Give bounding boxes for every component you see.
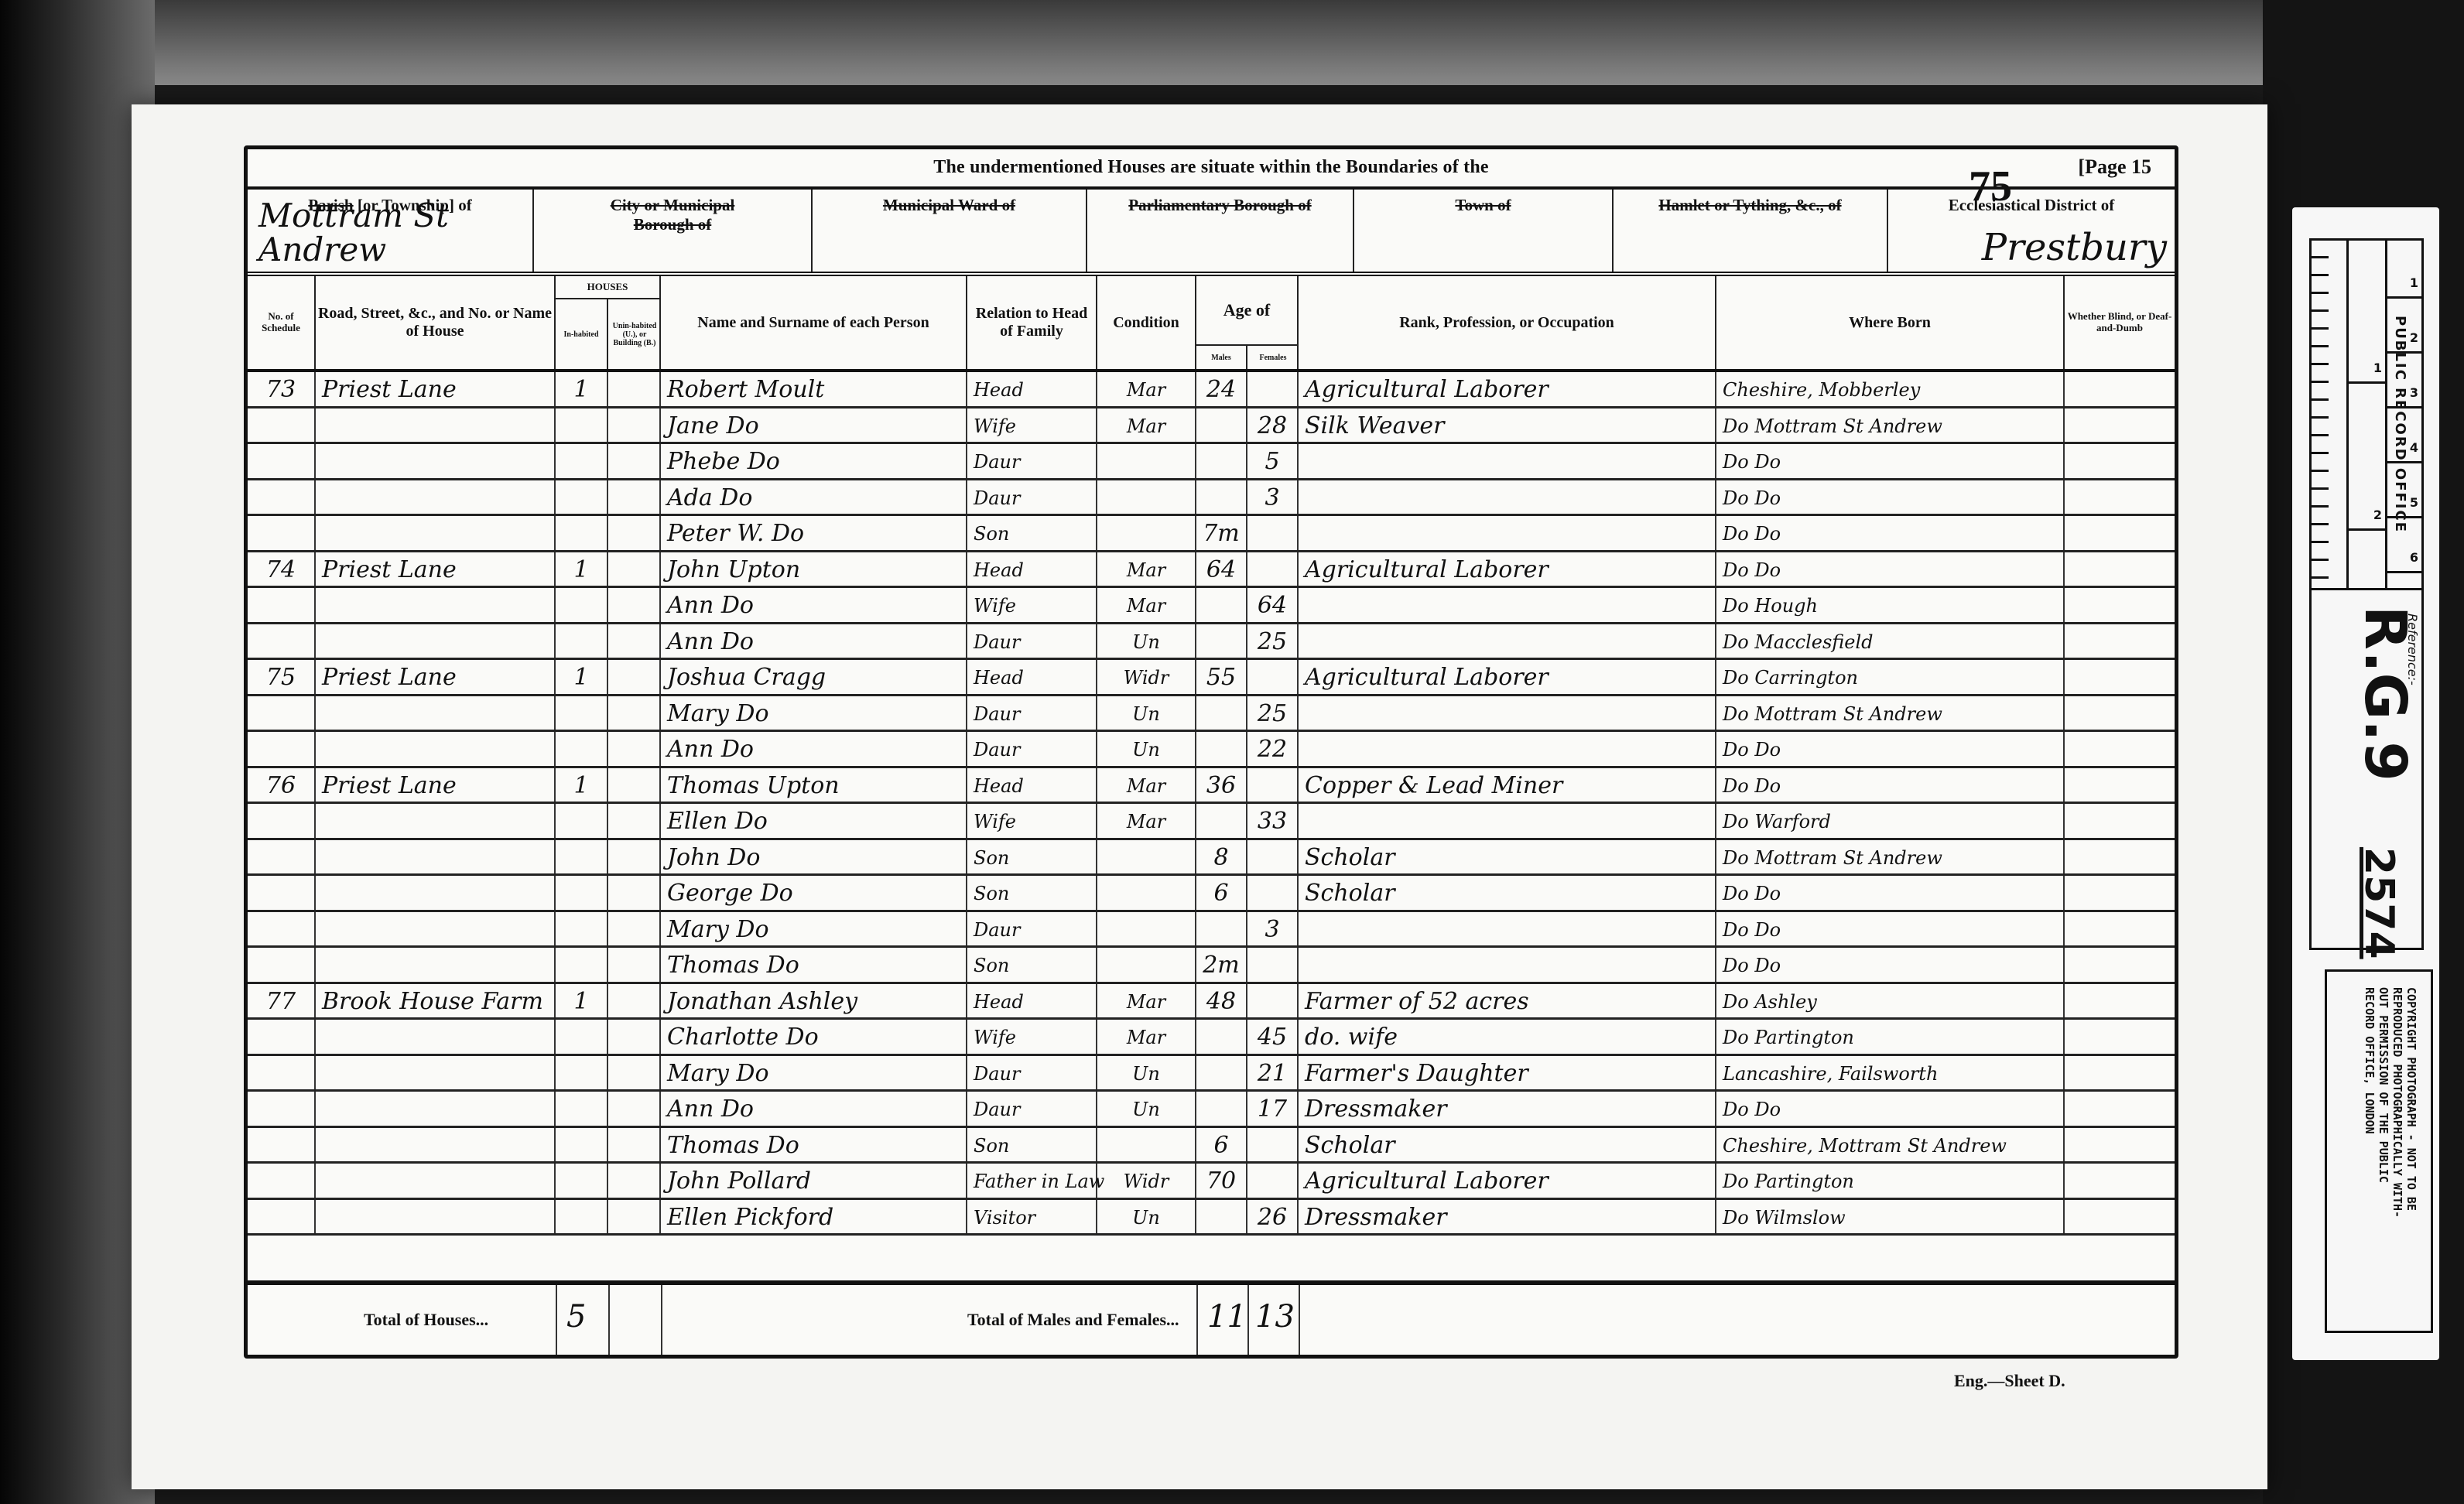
cell-u xyxy=(608,588,661,622)
cell-b xyxy=(2065,660,2175,694)
col-relation: Relation to Head of Family xyxy=(967,276,1097,369)
cell-road xyxy=(316,1164,556,1198)
col-inhabited: In-habited xyxy=(556,299,608,369)
col-blind-deaf: Whether Blind, or Deaf-and-Dumb xyxy=(2065,276,2175,369)
cell-born: Do Do xyxy=(1716,876,2065,910)
cell-born: Do Mottram St Andrew xyxy=(1716,408,2065,443)
cell-schedule xyxy=(248,696,316,730)
reference-label: Reference:- xyxy=(2405,614,2420,685)
cell-road xyxy=(316,840,556,874)
cell-road xyxy=(316,444,556,478)
cell-inhabited xyxy=(556,876,608,910)
district-ward: Municipal Ward of xyxy=(813,190,1087,272)
cell-occupation: Scholar xyxy=(1299,876,1716,910)
census-row: 73Priest Lane1Robert MoultHeadMar24Agric… xyxy=(248,372,2175,408)
cell-inhabited: 1 xyxy=(556,372,608,406)
cell-road xyxy=(316,588,556,622)
cell-maleage: 70 xyxy=(1196,1164,1247,1198)
cell-inhabited xyxy=(556,516,608,550)
cell-relation: Son xyxy=(967,1128,1097,1162)
cell-condition: Mar xyxy=(1097,552,1196,586)
cell-b xyxy=(2065,480,2175,514)
district-parish: Parish [or Township] of Mottram St Andre… xyxy=(248,190,534,272)
cell-condition xyxy=(1097,876,1196,910)
col-age: Age of Males Females xyxy=(1196,276,1299,369)
cell-schedule xyxy=(248,1056,316,1090)
cell-schedule xyxy=(248,840,316,874)
ruler-cm-label: 6 xyxy=(2387,550,2421,573)
cell-occupation: Agricultural Laborer xyxy=(1299,1164,1716,1198)
total-houses-value: 5 xyxy=(566,1299,586,1335)
district-ecclesiastical: Ecclesiastical District of Prestbury xyxy=(1888,190,2175,272)
cell-inhabited xyxy=(556,444,608,478)
district-hamlet: Hamlet or Tything, &c., of xyxy=(1614,190,1888,272)
col-males: Males xyxy=(1196,346,1247,369)
cell-born: Do Carrington xyxy=(1716,660,2065,694)
cell-road: Priest Lane xyxy=(316,768,556,802)
cell-schedule xyxy=(248,444,316,478)
cell-occupation: do. wife xyxy=(1299,1020,1716,1054)
cell-schedule: 76 xyxy=(248,768,316,802)
cell-u xyxy=(608,552,661,586)
ecclesiastical-value: Prestbury xyxy=(1982,228,2167,267)
cell-femaleage: 5 xyxy=(1247,444,1299,478)
cell-maleage xyxy=(1196,1200,1247,1234)
cell-name: Ann Do xyxy=(661,732,967,766)
cell-u xyxy=(608,696,661,730)
cell-maleage: 6 xyxy=(1196,1128,1247,1162)
cell-u xyxy=(608,804,661,838)
cell-maleage: 2m xyxy=(1196,948,1247,982)
cell-b xyxy=(2065,804,2175,838)
cell-u xyxy=(608,876,661,910)
cell-relation: Wife xyxy=(967,588,1097,622)
cell-road: Priest Lane xyxy=(316,660,556,694)
cell-born: Do Do xyxy=(1716,516,2065,550)
cell-name: Ellen Pickford xyxy=(661,1200,967,1234)
cell-occupation xyxy=(1299,912,1716,946)
cell-road xyxy=(316,1200,556,1234)
cell-maleage xyxy=(1196,1056,1247,1090)
cell-maleage xyxy=(1196,408,1247,443)
cell-femaleage: 45 xyxy=(1247,1020,1299,1054)
cell-born: Do Do xyxy=(1716,480,2065,514)
form-banner-text: The undermentioned Houses are situate wi… xyxy=(248,157,2175,178)
cell-born: Do Mottram St Andrew xyxy=(1716,696,2065,730)
cell-schedule xyxy=(248,624,316,658)
cell-born: Do Ashley xyxy=(1716,984,2065,1018)
cell-inhabited xyxy=(556,1020,608,1054)
cell-femaleage: 17 xyxy=(1247,1092,1299,1126)
cell-born: Do Do xyxy=(1716,552,2065,586)
cell-maleage: 48 xyxy=(1196,984,1247,1018)
cell-b xyxy=(2065,768,2175,802)
district-parliamentary: Parliamentary Borough of xyxy=(1087,190,1354,272)
cell-u xyxy=(608,1020,661,1054)
cell-femaleage xyxy=(1247,660,1299,694)
cell-inhabited xyxy=(556,1092,608,1126)
public-record-office-strip: 12 123456 PUBLIC RECORD OFFICE R.G.9 257… xyxy=(2292,207,2439,1360)
col-houses: HOUSES In-habited Unin-habited (U.), or … xyxy=(556,276,661,369)
cell-schedule xyxy=(248,588,316,622)
cell-relation: Daur xyxy=(967,1092,1097,1126)
cell-schedule: 75 xyxy=(248,660,316,694)
col-where-born: Where Born xyxy=(1716,276,2065,369)
cell-schedule xyxy=(248,732,316,766)
cell-femaleage xyxy=(1247,552,1299,586)
cell-condition xyxy=(1097,480,1196,514)
parish-value: Mottram St Andrew xyxy=(258,199,522,267)
cell-occupation xyxy=(1299,624,1716,658)
cell-road xyxy=(316,696,556,730)
cell-schedule xyxy=(248,1020,316,1054)
cell-maleage xyxy=(1196,480,1247,514)
cell-condition: Un xyxy=(1097,1056,1196,1090)
cell-schedule xyxy=(248,516,316,550)
cell-name: Jonathan Ashley xyxy=(661,984,967,1018)
ruler-inch-label: 1 xyxy=(2349,361,2385,384)
cell-inhabited xyxy=(556,1056,608,1090)
cell-occupation xyxy=(1299,588,1716,622)
cell-condition: Un xyxy=(1097,732,1196,766)
cell-b xyxy=(2065,984,2175,1018)
cell-born: Do Macclesfield xyxy=(1716,624,2065,658)
cell-road xyxy=(316,1056,556,1090)
cell-relation: Wife xyxy=(967,1020,1097,1054)
cell-condition xyxy=(1097,516,1196,550)
cell-femaleage: 3 xyxy=(1247,912,1299,946)
cell-femaleage xyxy=(1247,516,1299,550)
cell-occupation: Agricultural Laborer xyxy=(1299,372,1716,406)
ruler-inch-label: 2 xyxy=(2349,508,2385,531)
cell-name: Ada Do xyxy=(661,480,967,514)
cell-condition xyxy=(1097,840,1196,874)
col-occupation: Rank, Profession, or Occupation xyxy=(1299,276,1716,369)
cell-road: Priest Lane xyxy=(316,552,556,586)
district-town: Town of xyxy=(1354,190,1614,272)
col-condition: Condition xyxy=(1097,276,1196,369)
col-road: Road, Street, &c., and No. or Name of Ho… xyxy=(316,276,556,369)
cell-name: John Do xyxy=(661,840,967,874)
cell-condition: Mar xyxy=(1097,804,1196,838)
cell-born: Cheshire, Mobberley xyxy=(1716,372,2065,406)
cell-schedule: 74 xyxy=(248,552,316,586)
cell-inhabited xyxy=(556,480,608,514)
cell-born: Do Do xyxy=(1716,732,2065,766)
cell-road: Priest Lane xyxy=(316,372,556,406)
col-schedule: No. of Schedule xyxy=(248,276,316,369)
cell-born: Do Warford xyxy=(1716,804,2065,838)
cell-road xyxy=(316,516,556,550)
cell-schedule: 73 xyxy=(248,372,316,406)
cell-inhabited xyxy=(556,912,608,946)
cell-schedule xyxy=(248,876,316,910)
cell-schedule: 77 xyxy=(248,984,316,1018)
cell-femaleage xyxy=(1247,840,1299,874)
cell-inhabited xyxy=(556,1200,608,1234)
cell-femaleage xyxy=(1247,1164,1299,1198)
cell-schedule xyxy=(248,1092,316,1126)
cell-name: John Upton xyxy=(661,552,967,586)
cell-condition: Mar xyxy=(1097,588,1196,622)
cell-maleage xyxy=(1196,1020,1247,1054)
cell-femaleage: 33 xyxy=(1247,804,1299,838)
cell-b xyxy=(2065,1020,2175,1054)
cell-occupation: Farmer's Daughter xyxy=(1299,1056,1716,1090)
cell-femaleage xyxy=(1247,876,1299,910)
cell-condition: Un xyxy=(1097,624,1196,658)
cell-condition: Mar xyxy=(1097,372,1196,406)
cell-b xyxy=(2065,1128,2175,1162)
cell-u xyxy=(608,480,661,514)
cell-b xyxy=(2065,696,2175,730)
cell-u xyxy=(608,408,661,443)
census-row: Ellen DoWifeMar33Do Warford xyxy=(248,804,2175,840)
cell-femaleage: 21 xyxy=(1247,1056,1299,1090)
cell-born: Do Do xyxy=(1716,444,2065,478)
cell-road xyxy=(316,876,556,910)
cell-maleage xyxy=(1196,1092,1247,1126)
cell-relation: Son xyxy=(967,840,1097,874)
ruler-cm-label: 1 xyxy=(2387,275,2421,299)
cell-maleage: 55 xyxy=(1196,660,1247,694)
cell-femaleage xyxy=(1247,948,1299,982)
cell-inhabited xyxy=(556,804,608,838)
cell-road xyxy=(316,624,556,658)
cell-relation: Visitor xyxy=(967,1200,1097,1234)
census-row: Ann DoDaurUn22Do Do xyxy=(248,732,2175,768)
census-row: Phebe DoDaur5Do Do xyxy=(248,444,2175,480)
totals-row: Total of Houses... 5 Total of Males and … xyxy=(248,1280,2175,1355)
cell-condition: Un xyxy=(1097,696,1196,730)
cell-road xyxy=(316,948,556,982)
cell-relation: Head xyxy=(967,552,1097,586)
cell-condition: Mar xyxy=(1097,984,1196,1018)
census-row: Ada DoDaur3Do Do xyxy=(248,480,2175,517)
reference-box: R.G.9 2574 Reference:- xyxy=(2309,590,2424,950)
cell-born: Do Do xyxy=(1716,768,2065,802)
cell-occupation: Scholar xyxy=(1299,840,1716,874)
cell-occupation xyxy=(1299,732,1716,766)
cell-inhabited xyxy=(556,588,608,622)
cell-u xyxy=(608,912,661,946)
cell-b xyxy=(2065,1092,2175,1126)
cell-name: George Do xyxy=(661,876,967,910)
cell-road xyxy=(316,912,556,946)
cell-relation: Daur xyxy=(967,1056,1097,1090)
cell-u xyxy=(608,660,661,694)
page-number: [Page 15 xyxy=(2078,156,2151,179)
cell-u xyxy=(608,768,661,802)
cell-maleage: 64 xyxy=(1196,552,1247,586)
cell-inhabited xyxy=(556,732,608,766)
cell-inhabited xyxy=(556,948,608,982)
census-row: 75Priest Lane1Joshua CraggHeadWidr55Agri… xyxy=(248,660,2175,696)
cell-occupation xyxy=(1299,804,1716,838)
cell-maleage xyxy=(1196,696,1247,730)
cell-name: Ellen Do xyxy=(661,804,967,838)
cell-u xyxy=(608,1164,661,1198)
cell-b xyxy=(2065,1200,2175,1234)
cell-b xyxy=(2065,1164,2175,1198)
cell-name: Mary Do xyxy=(661,1056,967,1090)
cell-condition xyxy=(1097,1128,1196,1162)
cell-relation: Daur xyxy=(967,444,1097,478)
col-uninhabited: Unin-habited (U.), or Building (B.) xyxy=(608,299,661,369)
cell-occupation: Scholar xyxy=(1299,1128,1716,1162)
col-name: Name and Surname of each Person xyxy=(661,276,967,369)
cell-inhabited: 1 xyxy=(556,660,608,694)
cell-femaleage: 25 xyxy=(1247,624,1299,658)
cell-born: Do Partington xyxy=(1716,1164,2065,1198)
cell-schedule xyxy=(248,948,316,982)
cell-maleage: 24 xyxy=(1196,372,1247,406)
film-border-top xyxy=(0,0,2464,85)
cell-relation: Son xyxy=(967,948,1097,982)
cell-b xyxy=(2065,516,2175,550)
census-row: John DoSon8ScholarDo Mottram St Andrew xyxy=(248,840,2175,877)
cell-condition xyxy=(1097,444,1196,478)
cell-inhabited xyxy=(556,1128,608,1162)
cell-u xyxy=(608,372,661,406)
census-row: Mary DoDaurUn25Do Mottram St Andrew xyxy=(248,696,2175,733)
census-row: Thomas DoSon6ScholarCheshire, Mottram St… xyxy=(248,1128,2175,1164)
cell-schedule xyxy=(248,804,316,838)
cell-b xyxy=(2065,588,2175,622)
cell-b xyxy=(2065,840,2175,874)
cell-name: Thomas Do xyxy=(661,948,967,982)
cell-condition: Un xyxy=(1097,1092,1196,1126)
cell-u xyxy=(608,444,661,478)
cell-born: Lancashire, Failsworth xyxy=(1716,1056,2065,1090)
cell-u xyxy=(608,732,661,766)
cell-u xyxy=(608,516,661,550)
ruler-ticks xyxy=(2312,241,2349,588)
cell-road xyxy=(316,1020,556,1054)
cell-name: Mary Do xyxy=(661,912,967,946)
cell-born: Cheshire, Mottram St Andrew xyxy=(1716,1128,2065,1162)
cell-born: Do Do xyxy=(1716,912,2065,946)
cell-born: Do Wilmslow xyxy=(1716,1200,2065,1234)
census-row: Ann DoDaurUn17DressmakerDo Do xyxy=(248,1092,2175,1128)
cell-u xyxy=(608,1092,661,1126)
total-females-value: 13 xyxy=(1255,1299,1295,1335)
copyright-box: COPYRIGHT PHOTOGRAPH - NOT TO BE REPRODU… xyxy=(2325,969,2433,1333)
cell-b xyxy=(2065,732,2175,766)
cell-relation: Daur xyxy=(967,912,1097,946)
cell-b xyxy=(2065,912,2175,946)
cell-maleage xyxy=(1196,444,1247,478)
census-row: Ellen PickfordVisitorUn26DressmakerDo Wi… xyxy=(248,1200,2175,1236)
pro-title: PUBLIC RECORD OFFICE xyxy=(2392,316,2408,533)
census-row: Mary DoDaurUn21Farmer's DaughterLancashi… xyxy=(248,1056,2175,1092)
cell-u xyxy=(608,1200,661,1234)
cell-name: Peter W. Do xyxy=(661,516,967,550)
cell-u xyxy=(608,624,661,658)
cell-schedule xyxy=(248,1164,316,1198)
cell-femaleage xyxy=(1247,768,1299,802)
cell-name: Robert Moult xyxy=(661,372,967,406)
cell-maleage xyxy=(1196,588,1247,622)
form-header: The undermentioned Houses are situate wi… xyxy=(248,149,2175,190)
cell-road xyxy=(316,1128,556,1162)
cell-relation: Head xyxy=(967,768,1097,802)
cell-occupation: Agricultural Laborer xyxy=(1299,552,1716,586)
cell-condition: Mar xyxy=(1097,768,1196,802)
cell-schedule xyxy=(248,912,316,946)
cell-b xyxy=(2065,372,2175,406)
cell-b xyxy=(2065,876,2175,910)
cell-name: Mary Do xyxy=(661,696,967,730)
cell-occupation: Silk Weaver xyxy=(1299,408,1716,443)
cell-inhabited xyxy=(556,624,608,658)
cell-maleage xyxy=(1196,624,1247,658)
census-row: 74Priest Lane1John UptonHeadMar64Agricul… xyxy=(248,552,2175,589)
cell-b xyxy=(2065,444,2175,478)
cell-occupation: Dressmaker xyxy=(1299,1092,1716,1126)
cell-b xyxy=(2065,1056,2175,1090)
cell-inhabited xyxy=(556,696,608,730)
cell-occupation xyxy=(1299,948,1716,982)
cell-femaleage: 25 xyxy=(1247,696,1299,730)
sheet-mark: Eng.—Sheet D. xyxy=(1954,1371,2065,1391)
cell-femaleage xyxy=(1247,984,1299,1018)
cell-femaleage: 28 xyxy=(1247,408,1299,443)
cell-occupation: Farmer of 52 acres xyxy=(1299,984,1716,1018)
cell-name: John Pollard xyxy=(661,1164,967,1198)
census-row: George DoSon6ScholarDo Do xyxy=(248,876,2175,912)
cell-road xyxy=(316,804,556,838)
cell-name: Jane Do xyxy=(661,408,967,443)
cell-road xyxy=(316,1092,556,1126)
cell-u xyxy=(608,840,661,874)
cell-occupation xyxy=(1299,696,1716,730)
census-row: Charlotte DoWifeMar45do. wifeDo Partingt… xyxy=(248,1020,2175,1056)
total-houses-label: Total of Houses... xyxy=(364,1310,488,1330)
total-persons-label: Total of Males and Females... xyxy=(967,1310,1179,1330)
cell-name: Joshua Cragg xyxy=(661,660,967,694)
cell-relation: Daur xyxy=(967,696,1097,730)
cell-maleage: 36 xyxy=(1196,768,1247,802)
district-city: City or Municipal Borough of xyxy=(534,190,813,272)
cell-born: Do Hough xyxy=(1716,588,2065,622)
cell-relation: Daur xyxy=(967,732,1097,766)
cell-inhabited: 1 xyxy=(556,768,608,802)
cell-u xyxy=(608,948,661,982)
cell-b xyxy=(2065,624,2175,658)
cell-condition: Un xyxy=(1097,1200,1196,1234)
cell-relation: Son xyxy=(967,516,1097,550)
cell-maleage: 7m xyxy=(1196,516,1247,550)
cell-road xyxy=(316,480,556,514)
district-row: Parish [or Township] of Mottram St Andre… xyxy=(248,190,2175,276)
total-males-value: 11 xyxy=(1207,1299,1247,1335)
cell-inhabited: 1 xyxy=(556,552,608,586)
cell-road xyxy=(316,732,556,766)
cell-name: Charlotte Do xyxy=(661,1020,967,1054)
cell-schedule xyxy=(248,408,316,443)
cell-femaleage: 26 xyxy=(1247,1200,1299,1234)
cell-condition: Mar xyxy=(1097,1020,1196,1054)
column-headers: No. of Schedule Road, Street, &c., and N… xyxy=(248,276,2175,372)
cell-inhabited xyxy=(556,840,608,874)
cell-maleage: 8 xyxy=(1196,840,1247,874)
cell-maleage xyxy=(1196,732,1247,766)
cell-relation: Wife xyxy=(967,804,1097,838)
cell-u xyxy=(608,1056,661,1090)
cell-u xyxy=(608,1128,661,1162)
cell-maleage xyxy=(1196,804,1247,838)
